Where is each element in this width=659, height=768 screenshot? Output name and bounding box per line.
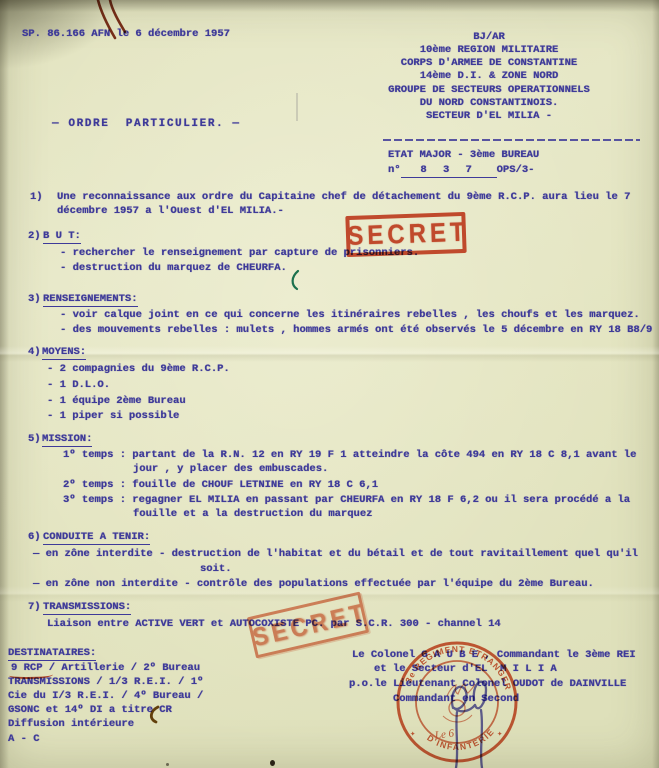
section-3-number: 3) [28, 293, 41, 305]
signature-ink [420, 668, 515, 768]
section-4-title: MOYENS: [42, 346, 86, 358]
crease-overlay [0, 346, 659, 362]
secret-stamp-top: SECRET [345, 212, 466, 257]
section-5-temps-1-cont: jour , y placer des embuscades. [133, 463, 328, 475]
section-2-bullet-2: - destruction du marquez de CHEURFA. [60, 262, 287, 274]
section-3-bullet-2: - des mouvements rebelles : mulets , hom… [60, 324, 652, 336]
letterhead-line: BJ/AR [358, 31, 620, 44]
letterhead-line: SECTEUR D'EL MILIA - [358, 110, 620, 123]
staple-marks [88, 0, 136, 44]
section-5-temps-3: 3º temps : regagner EL MILIA en passant … [63, 494, 630, 506]
section-3-bullet-1: - voir calque joint en ce qui concerne l… [60, 309, 640, 321]
letterhead-line: GROUPE DE SECTEURS OPERATIONNELS [358, 84, 620, 97]
section-4-bullet-2: - 1 D.L.O. [47, 379, 110, 391]
letterhead-line: 14ème D.I. & ZONE NORD [358, 70, 620, 83]
section-1-number: 1) [30, 191, 43, 203]
destinataires-title: DESTINATAIRES: [8, 647, 96, 659]
section-5-number: 5) [28, 433, 41, 445]
section-5-temps-2: 2º temps : fouille de CHOUF LETNINE en R… [63, 479, 378, 491]
section-1-line-1: Une reconnaissance aux ordre du Capitain… [57, 191, 630, 203]
staff-bureau-line: ETAT MAJOR - 3ème BUREAU [388, 149, 539, 161]
stamp-star-left: ✦ [410, 729, 416, 739]
order-number-suffix: OPS/3- [497, 164, 535, 176]
crease-mark [296, 93, 298, 121]
brown-ink-hook [146, 705, 162, 725]
section-2-title: B U T: [43, 230, 81, 242]
edge-shading-right [652, 0, 659, 768]
secret-stamp-bottom: SECRET [247, 591, 369, 658]
order-number-line: n°8 3 7OPS/3- [388, 164, 534, 178]
section-7-number: 7) [28, 601, 41, 613]
ink-speck [166, 763, 169, 766]
section-5-temps-1: 1º temps : partant de la R.N. 12 en RY 1… [63, 449, 636, 461]
letterhead-line: DU NORD CONSTANTINOIS. [358, 97, 620, 110]
section-3-title: RENSEIGNEMENTS: [43, 293, 138, 305]
ink-speck [270, 760, 275, 766]
section-6-bullet-2: — en zône non interdite - contrôle des p… [33, 578, 594, 590]
section-5-title: MISSION: [42, 433, 92, 445]
section-6-bullet-1-cont: soit. [200, 563, 232, 575]
section-6-bullet-1: — en zône interdite - destruction de l'h… [33, 548, 638, 560]
section-4-number: 4) [28, 346, 41, 358]
section-4-bullet-1: - 2 compagnies du 9ème R.C.P. [47, 363, 230, 375]
destinataires-line-6: A - C [8, 733, 40, 745]
section-4-bullet-3: - 1 équipe 2ème Bureau [47, 395, 186, 407]
letterhead-line: CORPS D'ARMEE DE CONSTANTINE [358, 57, 620, 70]
section-1-line-2: décembre 1957 a l'Ouest d'EL MILIA.- [57, 205, 284, 217]
section-6-title: CONDUITE A TENIR: [43, 531, 150, 543]
order-title: — ORDRE PARTICULIER. — [52, 118, 241, 130]
section-7-title: TRANSMISSIONS: [43, 601, 131, 613]
unit-letterhead: BJ/AR 10ème REGION MILITAIRE CORPS D'ARM… [358, 31, 620, 123]
section-4-bullet-4: - 1 piper si possible [47, 410, 179, 422]
section-5-temps-3-cont: fouille et a la destruction du marquez [133, 508, 372, 520]
section-6-number: 6) [28, 531, 41, 543]
section-2-number: 2) [28, 230, 41, 242]
order-number-label: n° [388, 164, 401, 176]
letterhead-separator [383, 139, 640, 141]
green-pen-mark [288, 269, 302, 292]
order-number-value: 8 3 7 [401, 164, 497, 178]
destinataires-line-3: Cie du I/3 R.E.I. / 4º Bureau / [8, 690, 203, 702]
letterhead-line: 10ème REGION MILITAIRE [358, 44, 620, 57]
destinataires-line-5: Diffusion intérieure [8, 718, 134, 730]
document-page: SP. 86.166 AFN le 6 décembre 1957 BJ/AR … [0, 0, 659, 768]
